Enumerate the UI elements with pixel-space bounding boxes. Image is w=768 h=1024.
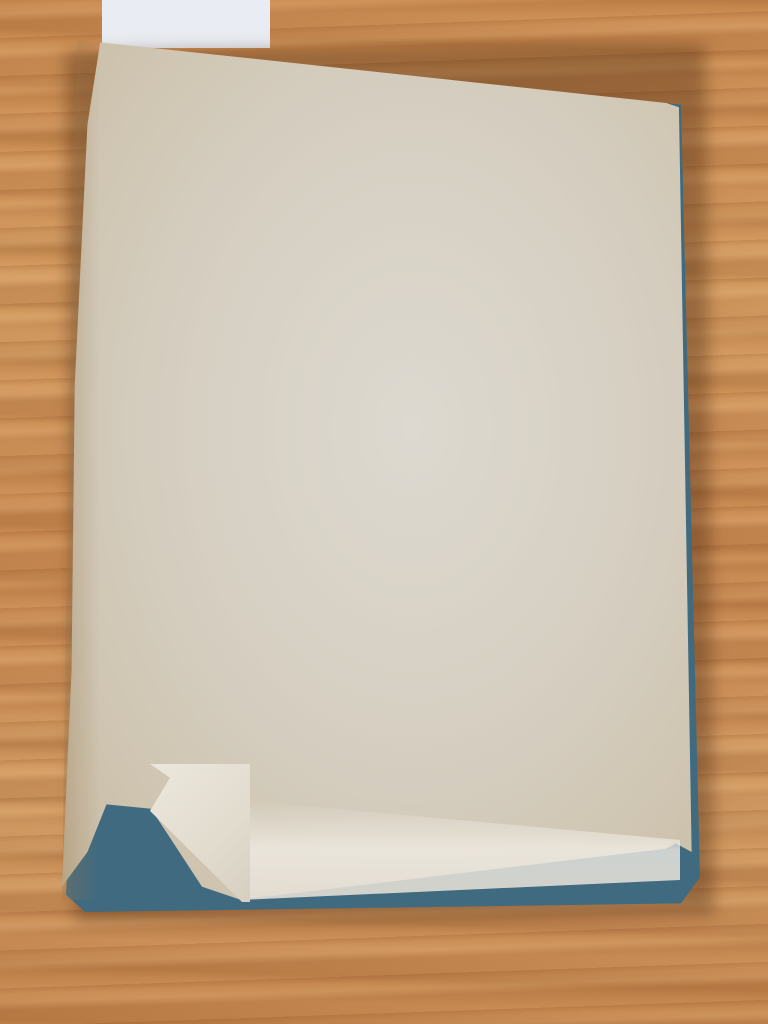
photo-scene xyxy=(0,0,768,1024)
paper-slip xyxy=(102,0,270,48)
dust-jacket xyxy=(62,38,698,904)
